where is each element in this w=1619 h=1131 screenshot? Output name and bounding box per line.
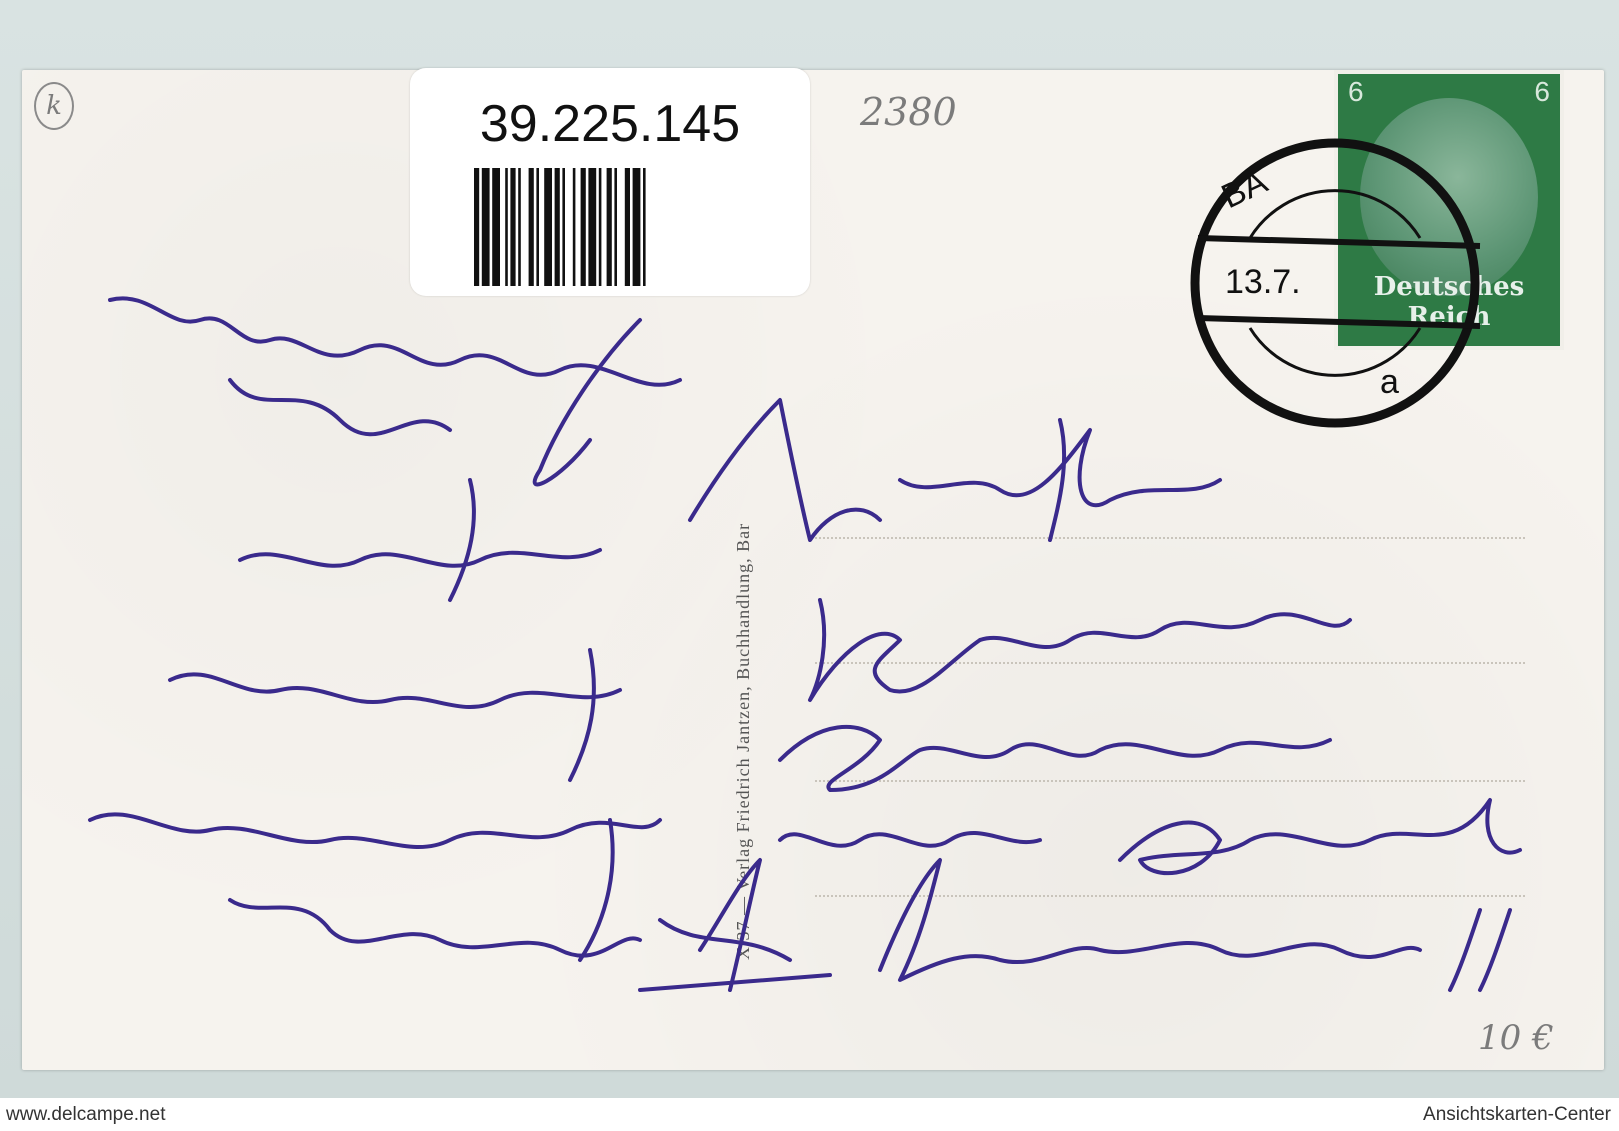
svg-text:13.7.: 13.7. (1225, 263, 1301, 301)
address-line (815, 662, 1525, 664)
footer-seller: Ansichtskarten-Center (1423, 1104, 1611, 1126)
address-line (815, 537, 1525, 539)
address-line (815, 780, 1525, 782)
inventory-label: 39.225.145 (410, 68, 810, 296)
svg-text:a: a (1380, 363, 1399, 401)
pencil-price: 10 € (1478, 1018, 1554, 1058)
stamp-value-left: 6 (1348, 76, 1364, 108)
item-number: 39.225.145 (410, 94, 810, 154)
address-line (815, 895, 1525, 897)
pencil-circled-letter: k (34, 82, 74, 130)
publisher-imprint: X 37 — Verlag Friedrich Jantzen, Buchhan… (733, 523, 754, 960)
pencil-catalog-number: 2380 (860, 90, 957, 134)
stamp-value-right: 6 (1534, 76, 1550, 108)
barcode (474, 168, 750, 286)
postmark: BA 13.7. a (1180, 128, 1490, 438)
svg-text:BA: BA (1216, 162, 1273, 216)
footer-site: www.delcampe.net (6, 1104, 165, 1126)
circled-letter-text: k (46, 91, 62, 121)
